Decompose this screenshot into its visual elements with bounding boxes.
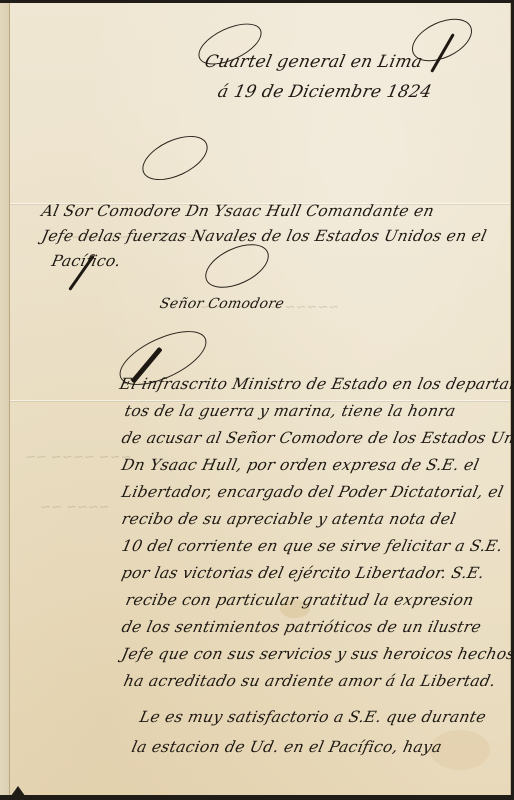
bleed-through-text: ~~~~ ~~ [37,500,112,515]
body-line: tos de la guerra y marina, tiene la honr… [123,402,457,420]
body-line: Dn Ysaac Hull, por orden expresa de S.E.… [120,456,481,474]
addressee-line-1: Al Sor Comodore Dn Ysaac Hull Comandante… [40,202,436,220]
salutation: Señor Comodore [158,296,285,312]
body-line: la estacion de Ud. en el Pacífico, haya [130,738,444,756]
body-line: de los sentimientos patrióticos de un il… [120,618,483,636]
addressee-line-2: Jefe delas fuerzas Navales de los Estado… [40,227,488,245]
heading-date: á 19 de Diciembre 1824 [216,82,434,102]
heading-place: Cuartel general en Lima [203,52,425,72]
body-line: Libertador, encargado del Poder Dictator… [120,483,505,501]
body-line: recibo de su apreciable y atenta nota de… [120,510,457,528]
page-binding-edge [0,3,10,795]
body-line: Le es muy satisfactorio a S.E. que duran… [138,708,488,726]
body-line: recibe con particular gratitud la expres… [124,591,475,609]
fold-crease [10,400,510,401]
body-line: de acusar al Señor Comodore de los Estad… [120,429,514,447]
body-line: por las victorias del ejército Libertado… [120,564,486,582]
body-line: ha acreditado su ardiente amor á la Libe… [122,672,497,690]
bleed-through-text: ~~~ ~~~~ ~~ [22,450,134,465]
body-line: Jefe que con sus servicios y sus heroico… [120,645,514,663]
body-line: El infrascrito Ministro de Estado en los… [118,375,514,393]
body-line: 10 del corriente en que se sirve felicit… [120,537,504,555]
